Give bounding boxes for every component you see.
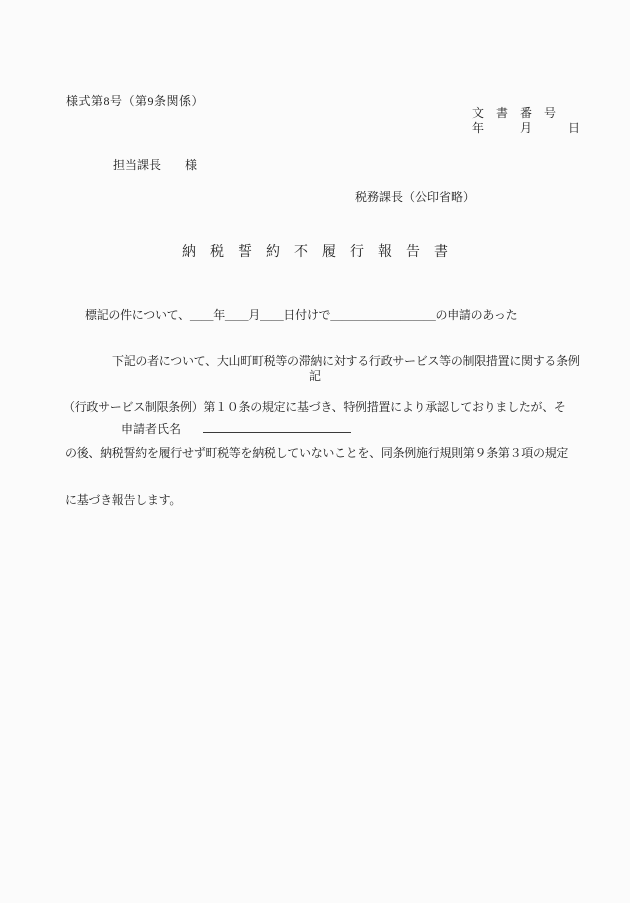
date-label: 年 月 日 — [472, 121, 580, 136]
addressee-line: 担当課長 様 — [113, 158, 197, 173]
document-title: 納税誓約不履行報告書 — [0, 241, 630, 261]
document-number-label: 文 書 番 号 — [472, 106, 556, 121]
applicant-row: 申請者氏名 — [115, 403, 351, 437]
document-page: { "page": { "background_color": "#fbfbfb… — [0, 0, 630, 903]
applicant-name-blank-line — [203, 418, 351, 433]
record-marker: 記 — [0, 369, 630, 384]
body-line-5: に基づき報告します。 — [65, 493, 568, 508]
body-line-1: 標記の件について、＿＿年＿＿月＿＿日付けで＿＿＿＿＿＿＿＿＿の申請のあった — [85, 308, 568, 323]
body-paragraph: 標記の件について、＿＿年＿＿月＿＿日付けで＿＿＿＿＿＿＿＿＿の申請のあった 下記… — [63, 277, 568, 524]
form-number: 様式第8号（第9条関係） — [66, 94, 204, 109]
body-line-4: の後、納税誓約を履行せず町税等を納税していないことを、同条例施行規則第９条第３項… — [65, 446, 568, 461]
applicant-name-label: 申請者氏名 — [121, 422, 181, 437]
sender-line: 税務課長（公印省略） — [355, 190, 475, 205]
body-line-2: 下記の者について、大山町町税等の滞納に対する行政サービス等の制限措置に関する条例 — [112, 354, 568, 369]
